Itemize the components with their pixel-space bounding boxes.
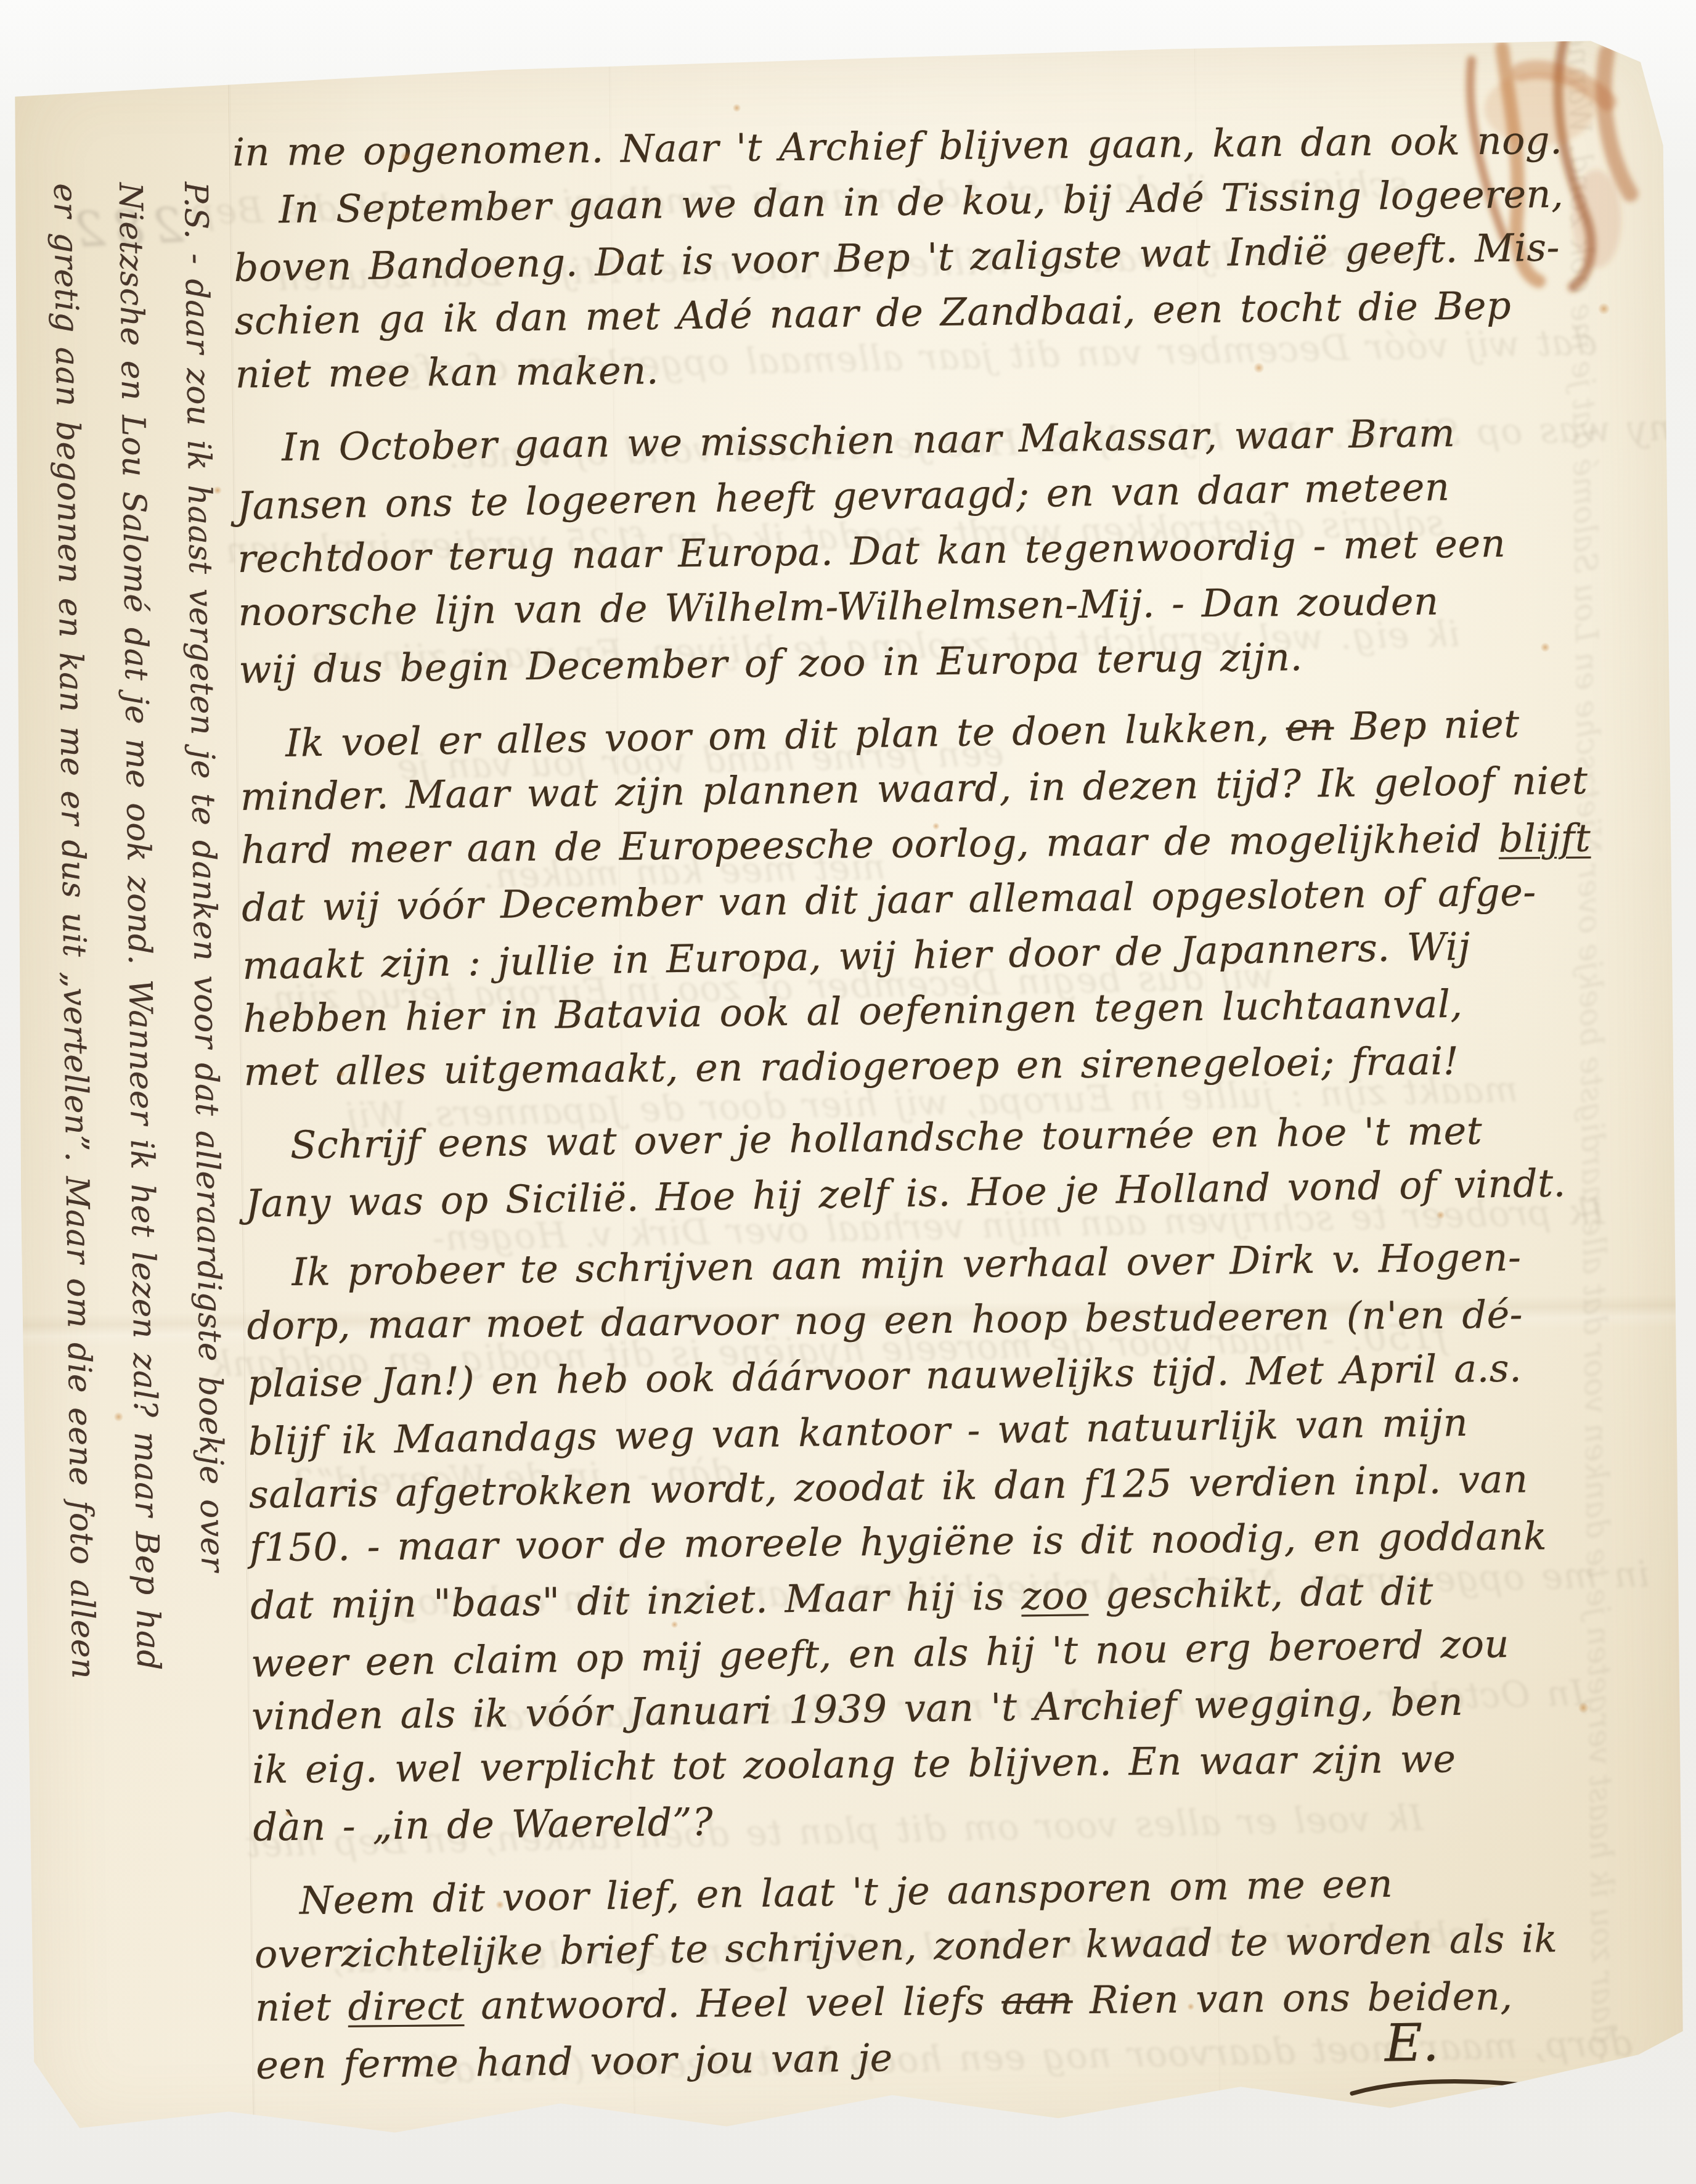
foxing-spot <box>671 1621 678 1628</box>
foxing-spot <box>968 193 975 200</box>
margin-postscript: P.S. - daar zou ik haast vergeten je te … <box>32 181 253 2181</box>
foxing-spot <box>1540 642 1550 652</box>
foxing-spot <box>1496 2085 1506 2095</box>
foxing-spot <box>732 104 741 112</box>
foxing-spot <box>1254 362 1265 374</box>
foxing-spot <box>400 150 412 163</box>
foxing-spot <box>932 822 940 830</box>
foxing-spot <box>1436 1211 1445 1219</box>
foxing-spot <box>617 253 623 259</box>
signature-initial: E. <box>1384 2012 1439 2073</box>
foxing-spot <box>1597 303 1610 315</box>
letter-body-text: in me opgenomen. Naar 't Archief blijven… <box>232 110 1686 2093</box>
foxing-spot <box>1578 1702 1589 1713</box>
foxing-spot <box>113 1412 123 1421</box>
foxing-spot <box>1187 2003 1194 2010</box>
foxing-spot <box>338 1070 345 1078</box>
letter-page: 282 P.S. - daar zou ik haast vergeten je… <box>4 37 1689 2146</box>
foxing-spot <box>285 1810 291 1817</box>
foxing-spot <box>213 486 222 494</box>
scan-background: { "colors":{ "paper":"#f4ecd9", "ink":"#… <box>0 0 1696 2184</box>
signature-flourish <box>1348 2067 1533 2106</box>
foxing-spot <box>495 1900 504 1909</box>
